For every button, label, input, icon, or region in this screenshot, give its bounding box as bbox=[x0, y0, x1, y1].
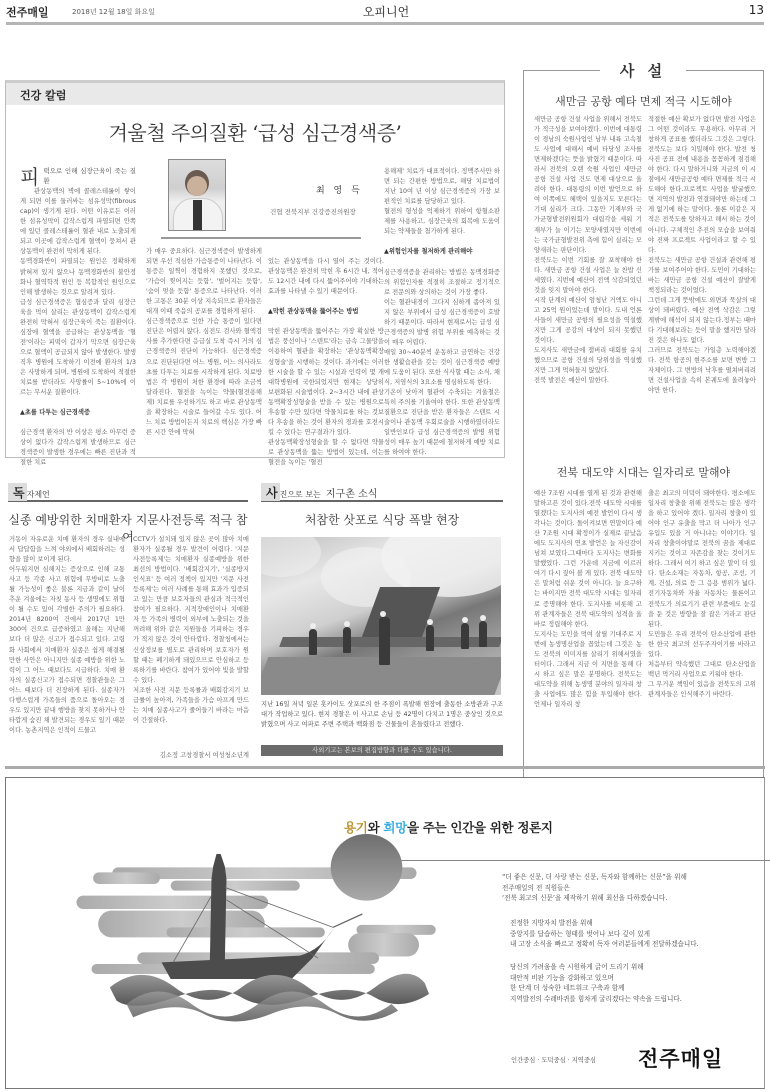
author-name: 최 영 득 bbox=[316, 183, 363, 196]
masthead-brand: 전주매일 bbox=[6, 4, 49, 20]
masthead: 전주매일 2018년 12월 18일 화요일 오피니언 13 bbox=[6, 2, 764, 22]
editorial-headline-2: 전북 대도약 시대는 일자리로 말해야 bbox=[524, 464, 763, 480]
ad-divider bbox=[342, 860, 770, 861]
explosion-scene-photo-icon bbox=[261, 537, 501, 695]
section-title: 오피니언 bbox=[246, 3, 526, 20]
health-column-col2: 가 매우 중요하다. 심근경색증이 발생하게 되면 우선 적심한 가슴통증이 나… bbox=[146, 247, 262, 438]
reader-column-col2: CCTV가 설치돼 있지 않은 곳이 많아 치매환자가 실종될 경우 발견이 어… bbox=[133, 535, 249, 726]
health-col3-tail: 막힌 관상동맥을 뚫어주는 가장 확실한 방법은 풍선이나 '스텐트'라는 금속… bbox=[268, 327, 384, 468]
health-column-col3: 있는 관상동맥을 다시 열어 주는 것이다. 관상동맥은 완전히 막힌 후 6시… bbox=[268, 247, 384, 478]
masthead-divider bbox=[6, 22, 764, 25]
health-col1-subhead: ▲초를 다투는 심근경색증 bbox=[20, 408, 136, 418]
photo-caption: 지난 16일 저녁 일본 홋카이도 삿포로의 한 주점이 폭발해 현장에 출동한… bbox=[261, 700, 503, 730]
masthead-date: 2018년 12월 18일 화요일 bbox=[72, 7, 155, 17]
author-title: 건협 전북지부 건강증진의원장 bbox=[270, 207, 356, 216]
photo-news-tag: 사진으로 보는 지구촌 소식 bbox=[261, 482, 503, 502]
editorial-1-col1: 새만금 공항 건설 사업을 위해서 전북도가 적극성을 보여야겠다. 이번에 대… bbox=[534, 115, 642, 386]
reader-tag-rest: 자제언 bbox=[27, 490, 50, 499]
reader-column-byline: 김소정 고창경찰서 여성청소년계 bbox=[133, 750, 249, 759]
health-column-col4: 용해제' 치료가 대표적이다. 정맥주사만 하면 되는 간편한 방법으로, 해당… bbox=[384, 157, 500, 468]
ad-paragraph-2: 진정한 지방자치 발전을 위해 중앙지를 답습하는 형태를 벗어나 보다 깊이 … bbox=[510, 918, 699, 950]
ad-paragraph-3: 당신의 가려움을 속 시원하게 긁어 드리기 위해 대안적 비판 기능을 강화하… bbox=[510, 962, 682, 1004]
ad-headline-courage: 용기 bbox=[344, 820, 368, 835]
lead-text: 떡으로 인해 심장근육이 죽는 질환 bbox=[43, 167, 136, 185]
health-col4-subhead: ▲위험인자를 철저하게 관리해야 bbox=[384, 247, 500, 257]
editorial-tag: 사 설 bbox=[600, 60, 686, 81]
editorial-headline-1: 새만금 공항 예타 면제 적극 시도해야 bbox=[524, 93, 763, 109]
reader-tag-cap: 독 bbox=[8, 483, 27, 501]
health-column-tag: 건강 칼럼 bbox=[20, 87, 66, 103]
page-number: 13 bbox=[749, 3, 764, 17]
ad-headline: 용기와 희망을 주는 인간을 위한 정론지 bbox=[344, 818, 553, 836]
author-divider bbox=[161, 237, 361, 239]
editorial-2-col1: 예산 7조원 시대를 열게 된 것과 관련해 말하고픈 것이 있다.전북 대도약… bbox=[534, 489, 642, 710]
pen-ship-illustration-icon bbox=[34, 804, 474, 1064]
photo-news-headline: 처참한 삿포로 식당 폭발 현장 bbox=[261, 511, 503, 528]
disclaimer-bar: 사외기고는 본보의 편집방향과 다를 수도 있습니다. bbox=[261, 745, 503, 756]
ad-paragraph-1: “더 좋은 신문, 더 사랑 받는 신문, 독자와 함께하는 신문”을 위해 전… bbox=[502, 872, 687, 904]
health-column-tag-bar: 건강 칼럼 bbox=[6, 83, 504, 105]
ad-headline-and: 와 bbox=[368, 820, 384, 835]
ad-headline-rest: 을 주는 인간을 위한 정론지 bbox=[407, 820, 553, 835]
health-col4-body: 용해제' 치료가 대표적이다. 정맥주사만 하면 되는 간편한 방법으로, 해당… bbox=[384, 167, 500, 237]
photo-tag-cap: 사 bbox=[261, 483, 280, 501]
health-column-headline: 겨울철 주의질환 ‘급성 심근경색증’ bbox=[6, 117, 504, 146]
health-col1-tail: 심근경색 환자의 반 이상은 평소 아무런 증상이 없다가 갑작스럽게 발생하므… bbox=[20, 428, 136, 468]
editorial-1-col2: 적절한 예산 확보가 없다면 발전 사업은 그 어떤 것이라도 무용하다. 아무… bbox=[648, 115, 756, 396]
editorial-2-col2: 출은 최고의 미덕이 돼야한다. 평소에도 일자리 창출을 위해 전북도는 많은… bbox=[648, 489, 756, 700]
ad-tagline: 인간중심 · 도덕중심 · 지역중심 bbox=[511, 1055, 596, 1064]
author-portrait-icon bbox=[168, 159, 226, 231]
reader-column-col1: 거동이 자유로운 치매 환자의 경우 실내에서 답답함을 느껴 야외에서 배회하… bbox=[9, 535, 125, 736]
health-col3-body: 있는 관상동맥을 다시 열어 주는 것이다. 관상동맥은 완전히 막힌 후 6시… bbox=[268, 257, 384, 297]
health-column: 건강 칼럼 겨울철 주의질환 ‘급성 심근경색증’ 피떡으로 인해 심장근육이 … bbox=[5, 80, 505, 458]
health-col1-body: 관상동맥의 벽에 콜레스테롤이 쌓이게 되면 이를 둘러싸는 섬유성막(fibr… bbox=[20, 187, 136, 398]
photo-tag-mid: 진으로 보는 bbox=[280, 490, 321, 499]
dropcap: 피 bbox=[20, 167, 39, 187]
section-divider bbox=[5, 766, 765, 769]
photo-tag-rest: 지구촌 소식 bbox=[326, 489, 377, 500]
health-col4-tail: 심근경색증을 관리하는 방법은 동맥경화증의 위험인자를 적절히 조절하고 정기… bbox=[384, 268, 500, 459]
ad-headline-hope: 희망 bbox=[383, 820, 407, 835]
health-col3-subhead: ▲막힌 관상동맥을 뚫어주는 방법 bbox=[268, 307, 384, 317]
editorial-box: 새만금 공항 예타 면제 적극 시도해야 새만금 공항 건설 사업을 위해서 전… bbox=[523, 70, 764, 778]
reader-column-tag: 독자제언 bbox=[8, 482, 248, 502]
health-column-col1: 피떡으로 인해 심장근육이 죽는 질환 관상동맥의 벽에 콜레스테롤이 쌓이게 … bbox=[20, 157, 136, 479]
ad-logo: 전주매일 bbox=[638, 1043, 723, 1073]
